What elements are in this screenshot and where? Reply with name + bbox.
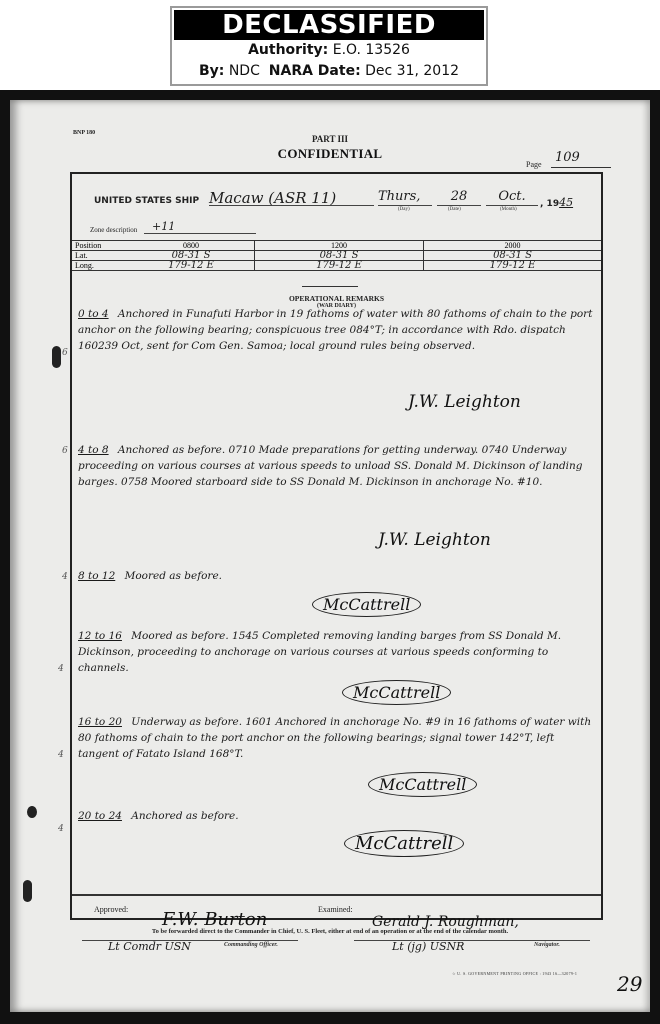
year-suffix: 45 [559,196,573,209]
long-0800: 179-12 E [128,261,255,271]
date-caption: (Date) [448,207,461,212]
time-2000: 2000 [424,241,602,251]
ship-name: Macaw (ASR 11) [209,189,374,206]
watch-label: 4 to 8 [78,444,109,456]
ship-date: 28 [437,189,481,206]
lat-label: Lat. [72,251,128,261]
entry-text: Anchored as before. [131,810,238,822]
part-heading: PART III [0,134,660,144]
position-label: Position [72,241,128,251]
watch-label: 16 to 20 [78,716,122,728]
stamp-title: DECLASSIFIED [174,10,484,40]
month-caption: (Month) [500,207,517,212]
commanding-officer-caption: Commanding Officer. [224,942,278,948]
examined-label: Examined: [318,905,353,914]
remarks-title: OPERATIONAL REMARKS [72,294,601,303]
day-caption: (Day) [398,207,410,212]
officer-signature: J.W. Leighton [378,530,491,550]
approved-label: Approved: [94,905,128,914]
commanding-officer-rank: Lt Comdr USN [108,940,191,953]
page-label: Page [526,160,542,169]
diary-entry-0-4: 0 to 4 Anchored in Funafuti Harbor in 19… [78,306,598,354]
printing-office-line: ☆ U. S. GOVERNMENT PRINTING OFFICE : 194… [452,971,577,976]
lat-2000: 08-31 S [424,251,602,261]
declassified-stamp: DECLASSIFIED Authority: E.O. 13526 By: N… [170,6,488,86]
entry-text: Moored as before. 1545 Completed removin… [78,630,561,674]
sheet-number: 29 [617,972,642,996]
margin-mark: 6 [62,446,68,456]
remarks-divider [302,286,358,287]
approval-divider [72,894,601,896]
long-label: Long. [72,261,128,271]
authority-value: E.O. 13526 [333,42,410,58]
by-label: By: [199,63,224,79]
punch-hole [27,806,37,818]
navigator-rank: Lt (jg) USNR [392,940,464,953]
ship-label: UNITED STATES SHIP [94,196,199,206]
entry-text: Anchored as before. 0710 Made preparatio… [78,444,583,488]
ship-year: , 1945 [540,196,573,209]
entry-text: Anchored in Funafuti Harbor in 19 fathom… [78,308,592,352]
navigator-line [354,940,590,941]
time-0800: 0800 [128,241,255,251]
stamp-by: By: NDC NARA Date: Dec 31, 2012 [172,61,486,82]
nara-label: NARA Date: [269,63,361,79]
punch-hole [52,346,61,368]
zone-value: +11 [144,220,256,234]
officer-signature: J.W. Leighton [408,392,521,412]
margin-mark: 4 [58,824,64,834]
margin-mark: 4 [58,664,64,674]
lat-1200: 08-31 S [255,251,424,261]
position-table: Position 0800 1200 2000 Lat. 08-31 S 08-… [72,240,601,271]
latitude-row: Lat. 08-31 S 08-31 S 08-31 S [72,251,601,261]
diary-entry-12-16: 12 to 16 Moored as before. 1545 Complete… [78,628,598,676]
time-1200: 1200 [255,241,424,251]
officer-signature: McCattrell [312,592,421,617]
authority-label: Authority: [248,42,328,58]
watch-label: 8 to 12 [78,570,115,582]
officer-signature: McCattrell [344,830,464,857]
ship-month: Oct. [486,189,538,206]
margin-mark: 4 [62,572,68,582]
page-number: 109 [551,150,611,168]
long-2000: 179-12 E [424,261,602,271]
forwarding-instruction: To be forwarded direct to the Commander … [0,928,660,935]
ship-day: Thurs, [378,189,432,206]
by-value: NDC [229,63,260,79]
margin-mark: 6 [62,348,68,358]
lat-0800: 08-31 S [128,251,255,261]
position-header-row: Position 0800 1200 2000 [72,241,601,251]
entry-text: Moored as before. [125,570,222,582]
diary-entry-16-20: 16 to 20 Underway as before. 1601 Anchor… [78,714,598,762]
watch-label: 12 to 16 [78,630,122,642]
officer-signature: McCattrell [342,680,451,705]
war-diary-form: UNITED STATES SHIP Macaw (ASR 11) Thurs,… [70,172,603,920]
stamp-authority: Authority: E.O. 13526 [172,40,486,61]
nara-value: Dec 31, 2012 [365,63,459,79]
zone-label: Zone description [90,226,137,234]
entry-text: Underway as before. 1601 Anchored in anc… [78,716,591,760]
officer-signature: McCattrell [368,772,477,797]
punch-hole [23,880,32,902]
year-prefix: , 19 [540,199,559,209]
margin-mark: 4 [58,750,64,760]
commanding-officer-signature: F.W. Burton [162,909,267,930]
diary-entry-4-8: 4 to 8 Anchored as before. 0710 Made pre… [78,442,598,490]
navigator-caption: Navigator. [534,942,560,948]
longitude-row: Long. 179-12 E 179-12 E 179-12 E [72,261,601,271]
watch-label: 0 to 4 [78,308,109,320]
long-1200: 179-12 E [255,261,424,271]
diary-entry-20-24: 20 to 24 Anchored as before. [78,808,598,824]
watch-label: 20 to 24 [78,810,122,822]
diary-entry-8-12: 8 to 12 Moored as before. [78,568,598,584]
